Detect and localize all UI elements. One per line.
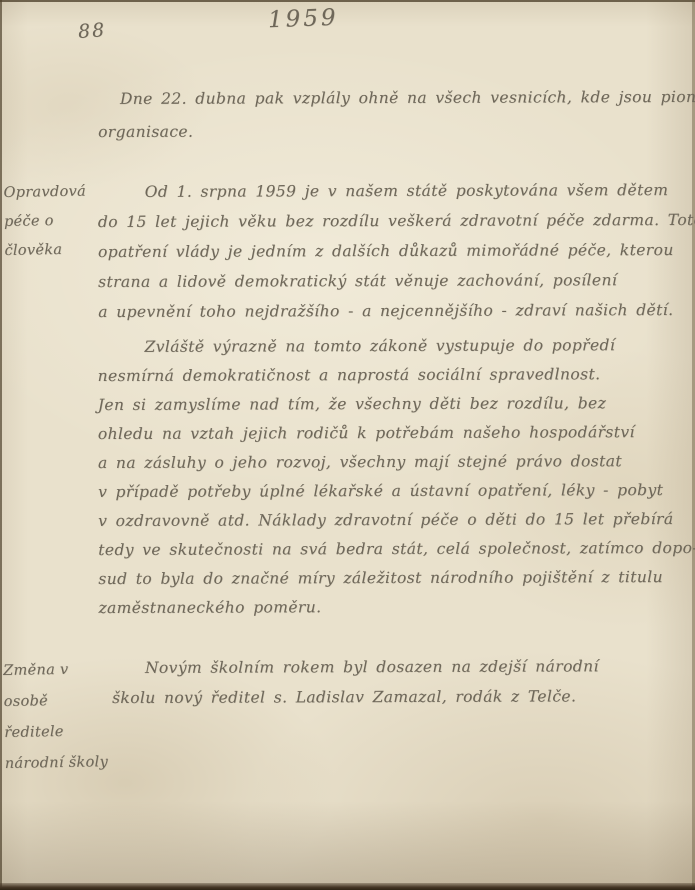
handwritten-line: sud to byla do značné míry záležitost ná… bbox=[98, 563, 678, 594]
scan-edge-bottom bbox=[0, 883, 695, 890]
handwritten-line: tedy ve skutečnosti na svá bedra stát, c… bbox=[98, 534, 678, 565]
scan-edge-left bbox=[0, 0, 2, 890]
handwritten-line: Dne 22. dubna pak vzplály ohně na všech … bbox=[98, 81, 678, 116]
handwritten-line: školu nový ředitel s. Ladislav Zamazal, … bbox=[112, 681, 692, 713]
handwritten-line: opatření vlády je jedním z dalších důkaz… bbox=[98, 235, 678, 267]
handwritten-line: Novým školním rokem byl dosazen na zdejš… bbox=[112, 651, 692, 683]
handwritten-line: v případě potřeby úplné lékařské a ústav… bbox=[98, 476, 678, 507]
page-number: 88 bbox=[77, 19, 107, 43]
handwritten-line: v ozdravovně atd. Náklady zdravotní péče… bbox=[98, 505, 678, 536]
handwritten-line: Zvláště výrazně na tomto zákoně vystupuj… bbox=[97, 331, 677, 362]
handwritten-line: organisace. bbox=[98, 114, 678, 149]
handwritten-line: zaměstnaneckého poměru. bbox=[98, 592, 678, 623]
margin-note-line: ředitele bbox=[4, 716, 117, 749]
margin-note-director-change: Změna v osobě ředitele národní školy bbox=[3, 654, 117, 780]
margin-note-line: Změna v osobě bbox=[3, 654, 116, 718]
paragraph-health-care: Od 1. srpna 1959 je v našem státě poskyt… bbox=[98, 175, 679, 327]
chronicle-page-scan: 88 1959 Dne 22. dubna pak vzplály ohně n… bbox=[0, 0, 695, 890]
handwritten-line: do 15 let jejich věku bez rozdílu vešker… bbox=[98, 205, 678, 237]
paragraph-social-justice: Zvláště výrazně na tomto zákoně vystupuj… bbox=[97, 331, 678, 623]
paragraph-new-director: Novým školním rokem byl dosazen na zdejš… bbox=[112, 651, 692, 713]
year-heading: 1959 bbox=[268, 5, 339, 33]
handwritten-line: strana a lidově demokratický stát věnuje… bbox=[98, 265, 678, 297]
handwritten-line: a upevnění toho nejdražšího - a nejcenně… bbox=[98, 295, 678, 327]
margin-note-line: národní školy bbox=[5, 747, 118, 780]
handwritten-line: Jen si zamyslíme nad tím, že všechny dět… bbox=[98, 389, 678, 420]
handwritten-line: a na zásluhy o jeho rozvoj, všechny mají… bbox=[98, 447, 678, 478]
handwritten-line: ohledu na vztah jejich rodičů k potřebám… bbox=[98, 418, 678, 449]
handwritten-line: Od 1. srpna 1959 je v našem státě poskyt… bbox=[98, 175, 678, 207]
scan-edge-top bbox=[0, 0, 695, 2]
paragraph-bonfires: Dne 22. dubna pak vzplály ohně na všech … bbox=[98, 81, 678, 149]
handwritten-line: nesmírná demokratičnost a naprostá sociá… bbox=[98, 360, 678, 391]
